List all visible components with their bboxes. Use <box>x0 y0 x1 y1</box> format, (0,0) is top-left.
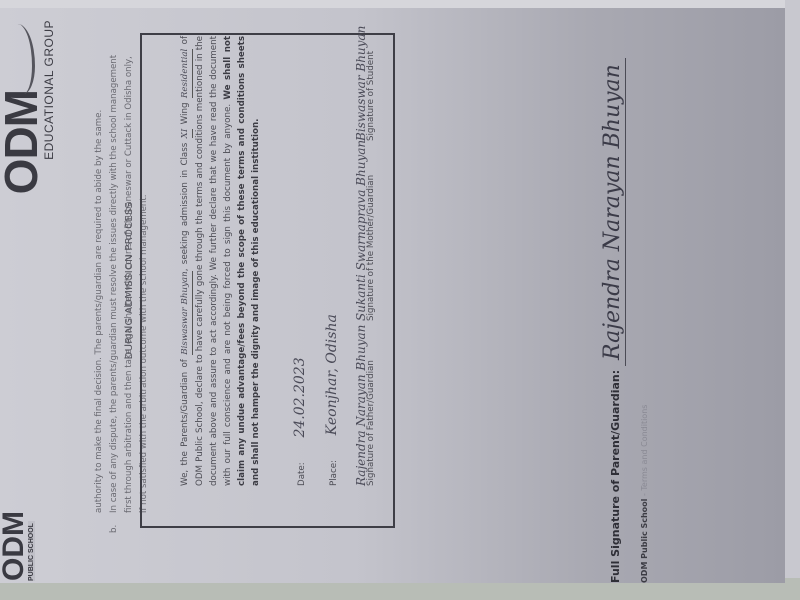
full-signature-row: Full Signature of Parent/Guardian: Rajen… <box>600 8 625 583</box>
footer-doc-title: - Terms and Conditions <box>640 405 649 499</box>
place-value: Keonjhar, Odisha <box>324 314 340 435</box>
date-label: Date: <box>297 462 307 486</box>
odm-public-school-logo: ODM PUBLIC SCHOOL <box>0 521 40 581</box>
student-signature: Biswaswar Bhuyan Signature of Student <box>354 26 376 141</box>
footer-school: ODM Public School <box>640 499 649 583</box>
declaration-part: We, the Parents/Guardian of <box>180 359 190 486</box>
admission-declaration-box: DURING ADMISSION PROCESS We, the Parents… <box>140 33 395 528</box>
section-title: DURING ADMISSION PROCESS <box>124 35 135 526</box>
full-signature-value: Rajendra Narayan Bhuyan <box>600 58 626 366</box>
mother-signature: Sukanti Swarnaprava Bhuyan Signature of … <box>354 140 376 321</box>
odm-educational-group-logo: ODM EDUCATIONAL GROUP <box>0 20 62 210</box>
group-logo-brand: ODM <box>0 90 48 194</box>
father-signature: Rajendra Narayan Bhuyan Signature of Fat… <box>354 325 376 486</box>
clause-marker: b. <box>107 525 122 533</box>
place-row: Place: Keonjhar, Odisha <box>324 314 340 486</box>
full-signature-label: Full Signature of Parent/Guardian: <box>609 370 622 583</box>
student-name-field: Biswaswar Bhuyan <box>178 271 193 354</box>
wing-field: Residential <box>178 49 193 98</box>
logo-swoosh-icon <box>6 24 35 94</box>
school-logo-subtitle: PUBLIC SCHOOL <box>28 521 35 581</box>
group-logo-tagline: EDUCATIONAL GROUP <box>42 20 56 160</box>
document-paper: ODM PUBLIC SCHOOL ODM EDUCATIONAL GROUP … <box>0 8 785 583</box>
background-surface-right <box>785 0 800 600</box>
declaration-part: , seeking admission in Class <box>180 143 190 272</box>
date-value: 24.02.2023 <box>292 357 308 437</box>
class-field: XI <box>178 129 193 139</box>
declaration-part: Wing <box>180 103 190 125</box>
declaration-text: We, the Parents/Guardian of Biswaswar Bh… <box>178 36 263 486</box>
page-footer: ODM Public School - Terms and Conditions <box>640 405 649 583</box>
clause-intro: authority to make the final decision. Th… <box>92 53 107 513</box>
school-logo-brand: ODM <box>0 521 28 581</box>
date-row: Date: 24.02.2023 <box>292 357 308 486</box>
place-label: Place: <box>329 460 339 486</box>
document-page: ODM PUBLIC SCHOOL ODM EDUCATIONAL GROUP … <box>0 8 785 583</box>
signature-row: Rajendra Narayan Bhuyan Signature of Fat… <box>354 36 390 486</box>
